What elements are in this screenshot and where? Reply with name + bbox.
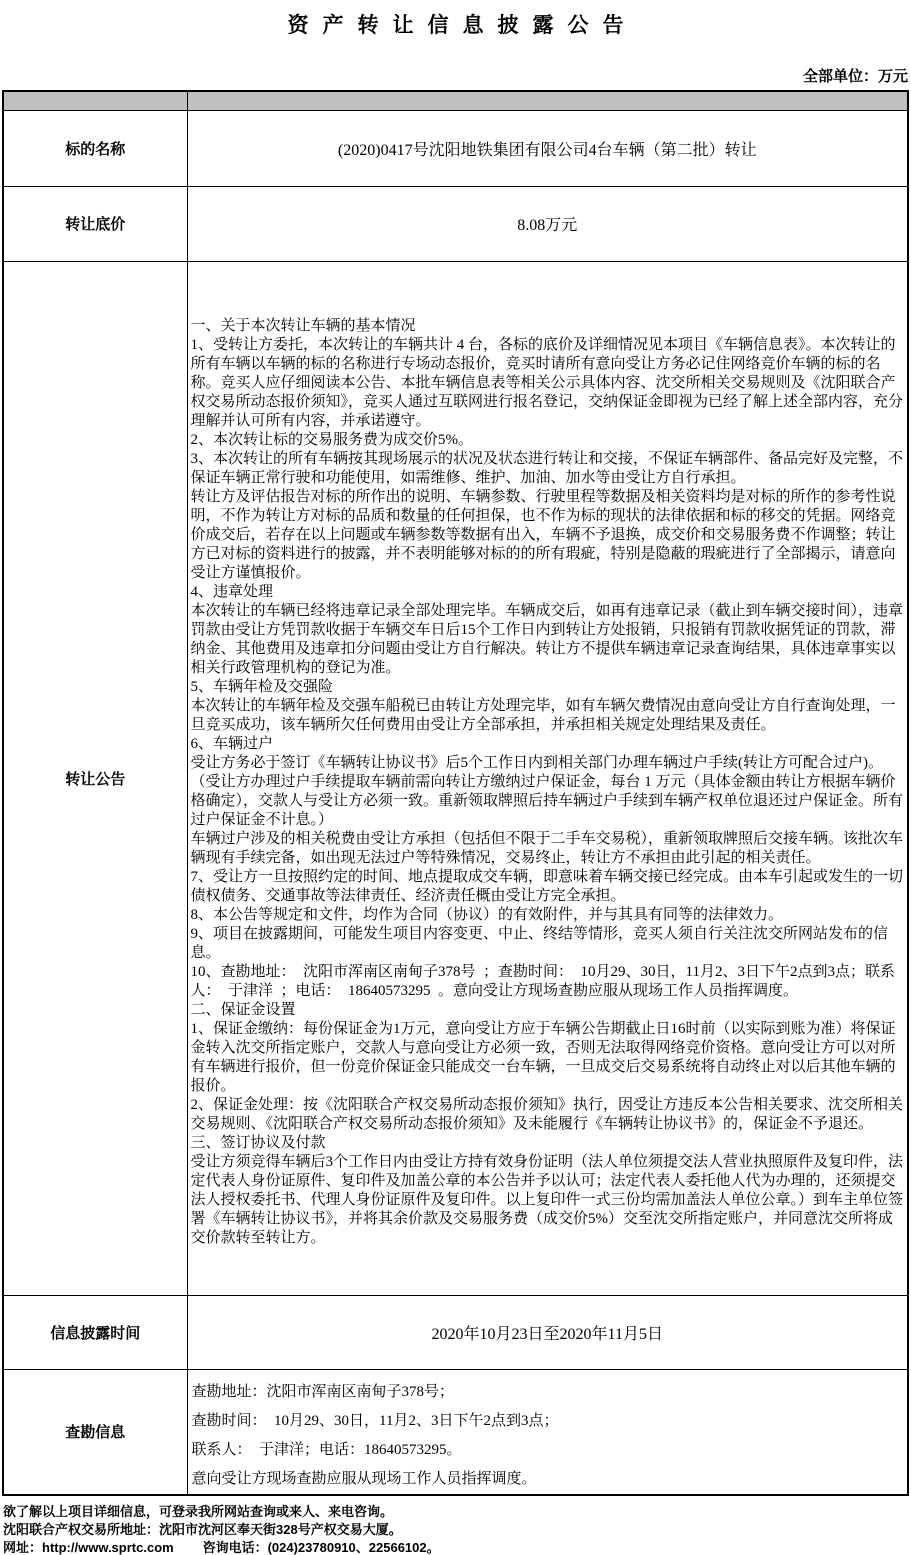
announcement-paragraph: 一、关于本次转让车辆的基本情况 bbox=[191, 317, 906, 336]
survey-contact-line: 联系人： 于津洋；电话：18640573295。 bbox=[192, 1436, 906, 1465]
document-page: 资产转让信息披露公告 全部单位：万元 标的名称 (2020)0417号沈阳地铁集… bbox=[0, 0, 911, 1555]
page-footer: 欲了解以上项目详细信息，可登录我所网站查询或来人、来电咨询。 沈阳联合产权交易所… bbox=[3, 1503, 911, 1555]
announcement-paragraph: 受让方务必于签订《车辆转让协议书》后5个工作日内到相关部门办理车辆过户手续(转让… bbox=[191, 754, 906, 830]
table-row: 查勘信息 查勘地址：沈阳市浑南区南甸子378号； 查勘时间： 10月29、30日… bbox=[3, 1369, 908, 1495]
disclosure-period-label: 信息披露时间 bbox=[3, 1295, 187, 1369]
announcement-paragraph: 6、车辆过户 bbox=[191, 735, 906, 754]
announcement-paragraph: 4、违章处理 bbox=[191, 583, 906, 602]
announcement-paragraph: 受让方须竞得车辆后3个工作日内由受让方持有效身份证明（法人单位须提交法人营业执照… bbox=[191, 1153, 906, 1248]
announcement-label: 转让公告 bbox=[3, 261, 187, 1295]
announcement-paragraph: 9、项目在披露期间，可能发生项目内容变更、中止、终结等情形，竞买人须自行关注沈交… bbox=[191, 925, 906, 963]
survey-note-line: 意向受让方现场查勘应服从现场工作人员指挥调度。 bbox=[192, 1465, 906, 1494]
announcement-paragraph: 1、保证金缴纳：每份保证金为1万元，意向受让方应于车辆公告期截止日16时前（以实… bbox=[191, 1020, 906, 1096]
announcement-paragraph: 3、本次转让的所有车辆按其现场展示的状况及状态进行转让和交接，不保证车辆部件、备… bbox=[191, 450, 906, 488]
page-title: 资产转让信息披露公告 bbox=[0, 9, 911, 39]
announcement-paragraph: 2、本次转让标的交易服务费为成交价5%。 bbox=[191, 431, 906, 450]
footer-website-phone: 网址：http://www.sprtc.com 咨询电话：(024)237809… bbox=[3, 1539, 911, 1555]
announcement-paragraph: 7、受让方一旦按照约定的时间、地点提取成交车辆，即意味着车辆交接已经完成。由本车… bbox=[191, 868, 906, 906]
survey-address-line: 查勘地址：沈阳市浑南区南甸子378号； bbox=[192, 1378, 906, 1407]
announcement-paragraph: 本次转让的车辆年检及交强车船税已由转让方处理完毕，如有车辆欠费情况由意向受让方自… bbox=[191, 697, 906, 735]
table-header-cell-right bbox=[187, 91, 908, 110]
announcement-paragraph: 转让方及评估报告对标的所作出的说明、车辆参数、行驶里程等数据及相关资料均是对标的… bbox=[191, 488, 906, 583]
base-price-label: 转让底价 bbox=[3, 186, 187, 261]
unit-note: 全部单位：万元 bbox=[0, 65, 908, 86]
announcement-paragraph: 1、受转让方委托，本次转让的车辆共计 4 台，各标的底价及详细情况见本项目《车辆… bbox=[191, 336, 906, 431]
survey-info-label: 查勘信息 bbox=[3, 1369, 187, 1495]
footer-contact-note: 欲了解以上项目详细信息，可登录我所网站查询或来人、来电咨询。 bbox=[3, 1503, 911, 1521]
announcement-paragraph: 5、车辆年检及交强险 bbox=[191, 678, 906, 697]
table-row: 信息披露时间 2020年10月23日至2020年11月5日 bbox=[3, 1295, 908, 1369]
announcement-paragraph: 二、保证金设置 bbox=[191, 1001, 906, 1020]
base-price-value: 8.08万元 bbox=[187, 186, 908, 261]
table-row: 转让公告 一、关于本次转让车辆的基本情况 1、受转让方委托，本次转让的车辆共计 … bbox=[3, 261, 908, 1295]
subject-name-label: 标的名称 bbox=[3, 110, 187, 186]
announcement-body: 一、关于本次转让车辆的基本情况 1、受转让方委托，本次转让的车辆共计 4 台，各… bbox=[187, 261, 908, 1295]
announcement-paragraph: 2、保证金处理：按《沈阳联合产权交易所动态报价须知》执行，因受让方违反本公告相关… bbox=[191, 1096, 906, 1134]
table-row: 转让底价 8.08万元 bbox=[3, 186, 908, 261]
table-header-cell-left bbox=[3, 91, 187, 110]
announcement-paragraph: 车辆过户涉及的相关税费由受让方承担（包括但不限于二手车交易税），重新领取牌照后交… bbox=[191, 830, 906, 868]
disclosure-period-value: 2020年10月23日至2020年11月5日 bbox=[187, 1295, 908, 1369]
announcement-paragraph: 10、查勘地址： 沈阳市浑南区南甸子378号 ；查勘时间： 10月29、30日，… bbox=[191, 963, 906, 1001]
survey-info-body: 查勘地址：沈阳市浑南区南甸子378号； 查勘时间： 10月29、30日，11月2… bbox=[187, 1369, 908, 1495]
table-header-row bbox=[3, 91, 908, 110]
announcement-paragraph: 8、本公告等规定和文件，均作为合同（协议）的有效附件，并与其具有同等的法律效力。 bbox=[191, 906, 906, 925]
announcement-paragraph: 三、签订协议及付款 bbox=[191, 1134, 906, 1153]
survey-time-line: 查勘时间： 10月29、30日，11月2、3日下午2点到3点； bbox=[192, 1407, 906, 1436]
subject-name-value: (2020)0417号沈阳地铁集团有限公司4台车辆（第二批）转让 bbox=[187, 110, 908, 186]
table-row: 标的名称 (2020)0417号沈阳地铁集团有限公司4台车辆（第二批）转让 bbox=[3, 110, 908, 186]
footer-exchange-address: 沈阳联合产权交易所地址：沈阳市沈河区奉天街328号产权交易大厦。 bbox=[3, 1521, 911, 1539]
disclosure-table: 标的名称 (2020)0417号沈阳地铁集团有限公司4台车辆（第二批）转让 转让… bbox=[2, 90, 909, 1496]
announcement-paragraph: 本次转让的车辆已经将违章记录全部处理完毕。车辆成交后，如再有违章记录（截止到车辆… bbox=[191, 602, 906, 678]
